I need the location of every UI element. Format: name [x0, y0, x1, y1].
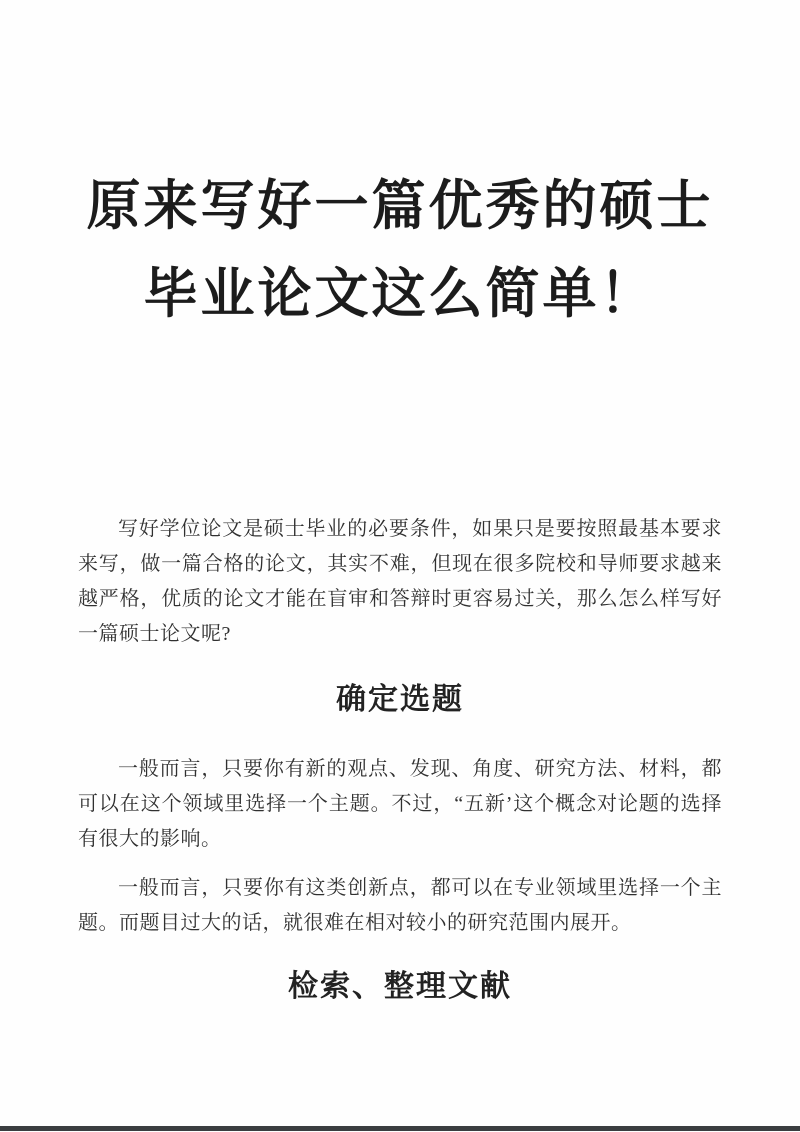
document-content: 原来写好一篇优秀的硕士 毕业论文这么简单！ 写好学位论文是硕士毕业的必要条件，如…	[0, 162, 800, 1007]
topic-selection-paragraph-1: 一般而言，只要你有新的观点、发现、角度、研究方法、材料，都可以在这个领域里选择一…	[78, 752, 722, 857]
section-heading-literature-review: 检索、整理文献	[78, 967, 722, 1007]
article-title: 原来写好一篇优秀的硕士 毕业论文这么简单！	[78, 162, 722, 338]
topic-selection-paragraph-2: 一般而言，只要你有这类创新点，都可以在专业领域里选择一个主题。而题目过大的话，就…	[78, 871, 722, 941]
article-title-line-1: 原来写好一篇优秀的硕士	[78, 162, 722, 250]
intro-paragraph: 写好学位论文是硕士毕业的必要条件，如果只是要按照最基本要求来写，做一篇合格的论文…	[78, 512, 722, 652]
section-heading-topic-selection: 确定选题	[78, 680, 722, 720]
bottom-edge-bar	[0, 1126, 800, 1131]
document-page: 原来写好一篇优秀的硕士 毕业论文这么简单！ 写好学位论文是硕士毕业的必要条件，如…	[0, 0, 800, 1132]
article-title-line-2: 毕业论文这么简单！	[78, 250, 722, 338]
